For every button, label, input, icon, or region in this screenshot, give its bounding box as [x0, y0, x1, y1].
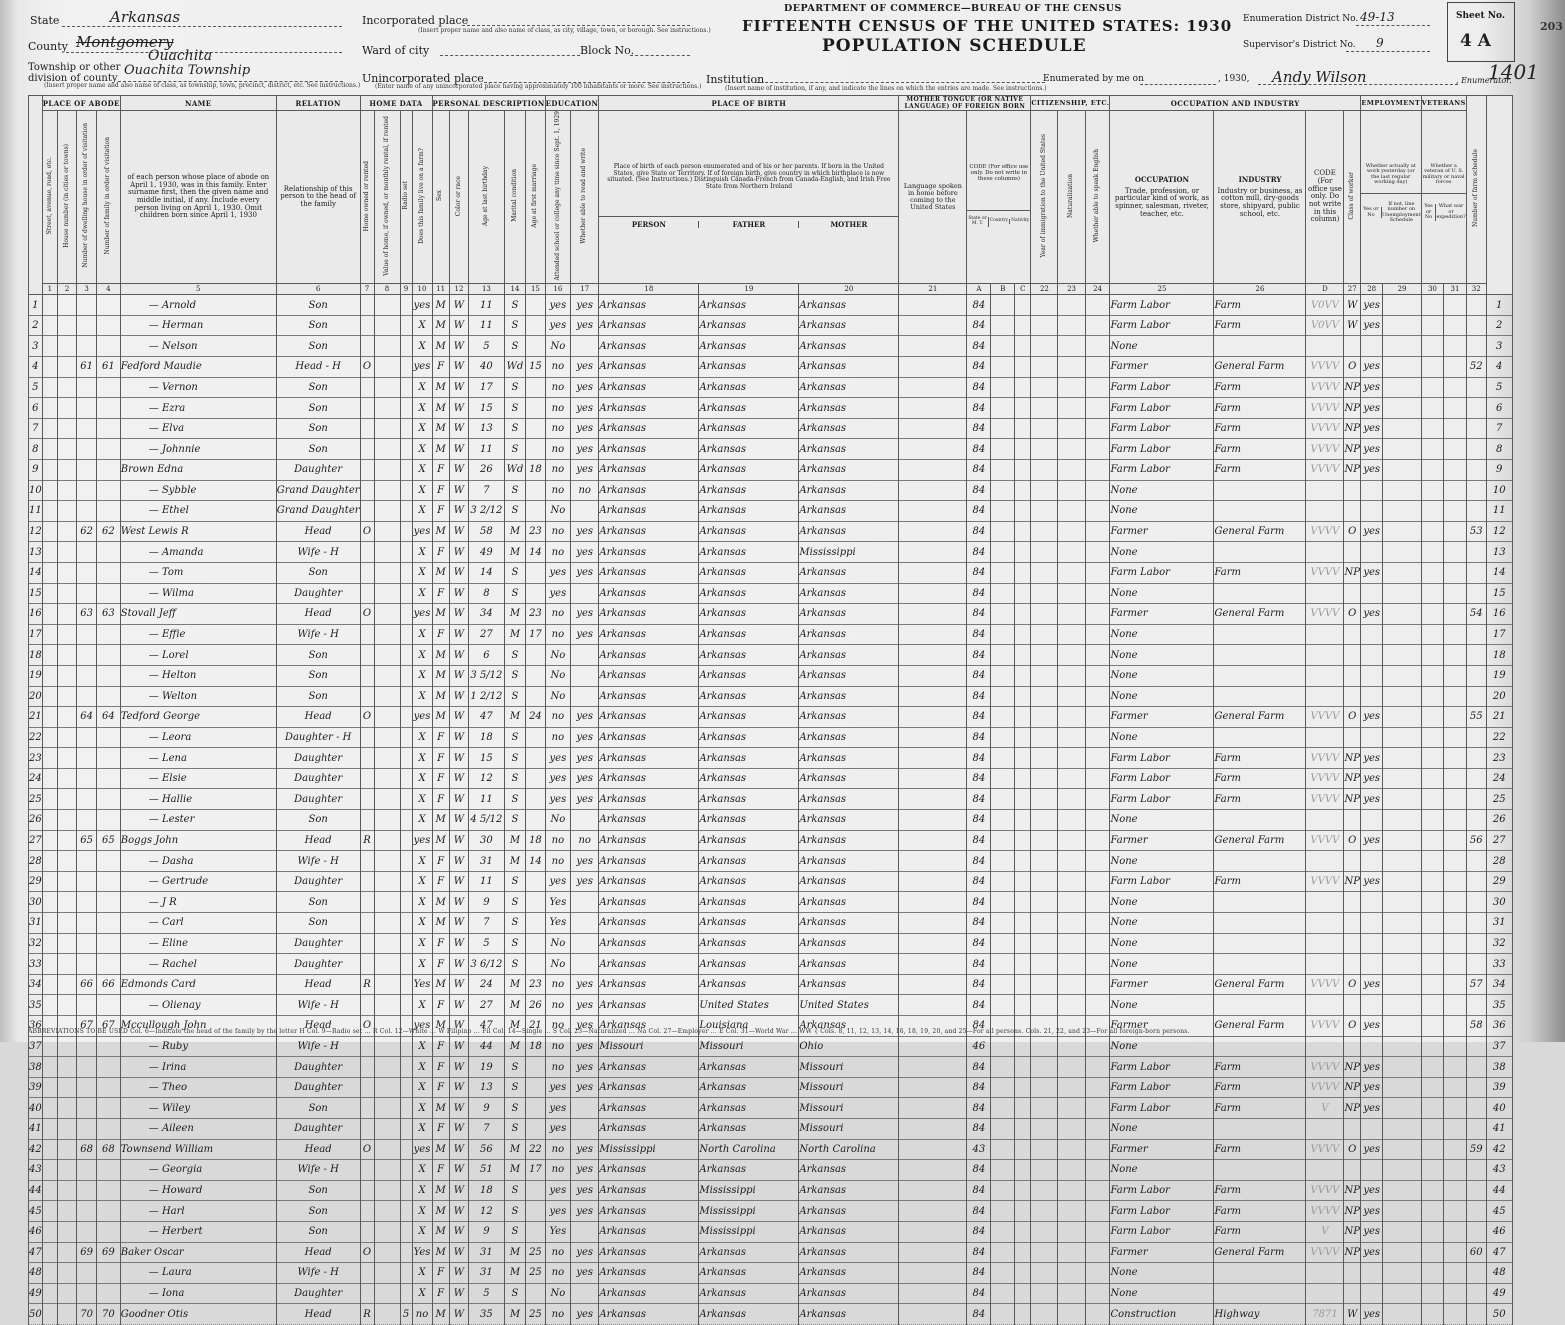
cell-relation: Daughter — [276, 768, 360, 789]
cell-relation: Head — [276, 830, 360, 851]
cell-father: Arkansas — [699, 645, 799, 666]
cell-immigration — [1031, 1036, 1058, 1042]
cell-class: NP — [1344, 768, 1360, 789]
cell-name: — Elsie — [120, 768, 276, 789]
page-number: 203 — [1540, 20, 1563, 33]
cell-house — [57, 830, 77, 851]
cell-school: no — [545, 377, 570, 398]
cell-war — [1444, 624, 1467, 645]
cell-age-marriage — [526, 398, 545, 419]
cell-age-marriage — [526, 295, 545, 316]
cell-birth: Arkansas — [599, 954, 699, 975]
cell-farm-sched: 52 — [1466, 357, 1486, 378]
cell-value — [374, 789, 400, 810]
cell-vet — [1421, 418, 1444, 439]
cell-school: yes — [545, 789, 570, 810]
table-row: 1— ArnoldSonyesMW11SyesyesArkansasArkans… — [29, 295, 1513, 316]
cell-nativity — [1015, 727, 1031, 748]
township-note: (Insert proper name and also name of cla… — [44, 82, 360, 89]
cell-vet — [1421, 974, 1444, 995]
cell-war — [1444, 830, 1467, 851]
sex-header: Sex — [432, 111, 449, 284]
cell-at-work — [1360, 995, 1382, 1016]
cell-owned — [360, 686, 374, 707]
cell-father: Arkansas — [699, 748, 799, 769]
cell-sex: F — [432, 768, 449, 789]
cell-read: yes — [571, 562, 599, 583]
cell-farm-sched — [1466, 583, 1486, 604]
tongue-group-header: MOTHER TONGUE (OR NATIVE LANGUAGE) OF FO… — [899, 96, 1031, 111]
cell-naturalization — [1058, 768, 1085, 789]
cell-code — [1306, 542, 1344, 563]
cell-at-work — [1360, 851, 1382, 872]
cell-father: Arkansas — [699, 810, 799, 831]
cell-read: yes — [571, 851, 599, 872]
cell-house — [57, 295, 77, 316]
table-row: 25— HallieDaughterXFW11SyesyesArkansasAr… — [29, 789, 1513, 810]
census-page: State Arkansas County Montgomery Ouachit… — [0, 0, 1565, 1042]
cell-mother: Arkansas — [799, 892, 899, 913]
cell-read: yes — [571, 871, 599, 892]
cell-owned — [360, 480, 374, 501]
cell-mother: Arkansas — [799, 521, 899, 542]
cell-language — [899, 583, 967, 604]
cell-value — [374, 871, 400, 892]
cell-marital: S — [504, 954, 526, 975]
cell-unemp-line — [1383, 501, 1421, 522]
cell-owned — [360, 336, 374, 357]
cell-house — [57, 459, 77, 480]
cell-country — [991, 851, 1015, 872]
line-number-right: 29 — [1486, 871, 1512, 892]
cell-birth: Arkansas — [599, 357, 699, 378]
cell-code: VVVV — [1306, 707, 1344, 728]
cell-war — [1444, 336, 1467, 357]
cell-english — [1085, 727, 1110, 748]
cell-code: VVVV — [1306, 418, 1344, 439]
cell-owned: R — [360, 830, 374, 851]
cell-vet — [1421, 459, 1444, 480]
cell-radio — [400, 377, 412, 398]
cell-naturalization — [1058, 562, 1085, 583]
cell-birth: Arkansas — [599, 645, 699, 666]
block-label: Block No. — [580, 44, 634, 57]
cell-country — [991, 871, 1015, 892]
cell-value — [374, 583, 400, 604]
cell-country — [991, 542, 1015, 563]
cell-mother: Arkansas — [799, 583, 899, 604]
column-number: 4 — [96, 284, 120, 295]
cell-radio — [400, 727, 412, 748]
cell-read — [571, 954, 599, 975]
cell-birth: Arkansas — [599, 913, 699, 934]
cell-house — [57, 336, 77, 357]
column-number: 12 — [449, 284, 468, 295]
cell-vet — [1421, 357, 1444, 378]
cell-birth: Arkansas — [599, 768, 699, 789]
cell-farm-sched — [1466, 562, 1486, 583]
cell-farm-sched — [1466, 686, 1486, 707]
cell-english — [1085, 933, 1110, 954]
enumerator-field: Andy Wilson — [1258, 73, 1458, 85]
table-row: 30— J RSonXMW9SYesArkansasArkansasArkans… — [29, 892, 1513, 913]
cell-school: No — [545, 665, 570, 686]
cell-naturalization — [1058, 810, 1085, 831]
cell-read — [571, 583, 599, 604]
cell-language — [899, 480, 967, 501]
cell-family: 62 — [96, 521, 120, 542]
cell-race: W — [449, 398, 468, 419]
cell-relation: Son — [276, 810, 360, 831]
cell-dwelling — [77, 954, 97, 975]
column-number: 20 — [799, 284, 899, 295]
cell-naturalization — [1058, 521, 1085, 542]
table-row: 46161Fedford MaudieHead - HOyesFW40Wd15n… — [29, 357, 1513, 378]
cell-english — [1085, 995, 1110, 1016]
cell-language — [899, 892, 967, 913]
farm-header: Does this family live on a farm? — [412, 111, 432, 284]
cell-occupation: Farm Labor — [1110, 459, 1214, 480]
cell-father: Arkansas — [699, 459, 799, 480]
cell-war — [1444, 913, 1467, 934]
cell-race: W — [449, 336, 468, 357]
cell-race: W — [449, 707, 468, 728]
cell-read — [571, 913, 599, 934]
cell-unemp-line — [1383, 645, 1421, 666]
cell-war — [1444, 974, 1467, 995]
cell-street — [42, 830, 57, 851]
cell-naturalization — [1058, 933, 1085, 954]
cell-mother: Arkansas — [799, 501, 899, 522]
cell-marital: S — [504, 562, 526, 583]
cell-farm-sched — [1466, 995, 1486, 1016]
cell-birth: Arkansas — [599, 562, 699, 583]
cell-age-marriage: 26 — [526, 995, 545, 1016]
cell-dwelling — [77, 789, 97, 810]
cell-age-marriage — [526, 933, 545, 954]
cell-at-work: yes — [1360, 604, 1382, 625]
cell-value — [374, 377, 400, 398]
cell-age-marriage: 24 — [526, 707, 545, 728]
line-number-right: 4 — [1486, 357, 1512, 378]
cell-naturalization — [1058, 707, 1085, 728]
cell-relation: Son — [276, 913, 360, 934]
cell-radio — [400, 439, 412, 460]
cell-street — [42, 418, 57, 439]
line-number: 10 — [29, 480, 43, 501]
cell-house — [57, 480, 77, 501]
cell-english — [1085, 645, 1110, 666]
cell-read: yes — [571, 542, 599, 563]
cell-name: — J R — [120, 892, 276, 913]
cell-farm-sched: 56 — [1466, 830, 1486, 851]
cell-relation: Head - H — [276, 357, 360, 378]
cell-nativity — [1015, 480, 1031, 501]
cell-father: Arkansas — [699, 480, 799, 501]
cell-immigration — [1031, 789, 1058, 810]
cell-nativity — [1015, 768, 1031, 789]
cell-age-marriage — [526, 645, 545, 666]
cell-family — [96, 1036, 120, 1042]
cell-vet — [1421, 748, 1444, 769]
cell-war — [1444, 933, 1467, 954]
cell-house — [57, 583, 77, 604]
cell-house — [57, 604, 77, 625]
cell-radio — [400, 810, 412, 831]
cell-read: yes — [571, 604, 599, 625]
cell-vet — [1421, 851, 1444, 872]
cell-marital: M — [504, 624, 526, 645]
cell-class — [1344, 851, 1360, 872]
cell-naturalization — [1058, 830, 1085, 851]
cell-vet — [1421, 830, 1444, 851]
cell-occupation: Farmer — [1110, 521, 1214, 542]
cell-birth: Arkansas — [599, 727, 699, 748]
cell-english — [1085, 398, 1110, 419]
cell-unemp-line — [1383, 480, 1421, 501]
cell-class — [1344, 727, 1360, 748]
cell-marital: M — [504, 851, 526, 872]
line-number-right: 24 — [1486, 768, 1512, 789]
cell-immigration — [1031, 645, 1058, 666]
sd-value: 9 — [1376, 36, 1384, 50]
cell-country — [991, 913, 1015, 934]
cell-code: VVVV — [1306, 521, 1344, 542]
line-number-right: 32 — [1486, 933, 1512, 954]
cell-mother: Arkansas — [799, 604, 899, 625]
cell-mother: Arkansas — [799, 810, 899, 831]
cell-unemp-line — [1383, 439, 1421, 460]
cell-mother: United States — [799, 995, 899, 1016]
cell-vet — [1421, 768, 1444, 789]
cell-war — [1444, 789, 1467, 810]
cell-age-marriage — [526, 562, 545, 583]
cell-immigration — [1031, 398, 1058, 419]
cell-name: — Helton — [120, 665, 276, 686]
cell-name: Tedford George — [120, 707, 276, 728]
cell-vet — [1421, 707, 1444, 728]
table-row: 17— EffieWife - HXFW27M17noyesArkansasAr… — [29, 624, 1513, 645]
cell-house — [57, 398, 77, 419]
cell-vet — [1421, 933, 1444, 954]
cell-family — [96, 501, 120, 522]
english-header: Whether able to speak English — [1085, 111, 1110, 284]
cell-unemp-line — [1383, 336, 1421, 357]
cell-radio — [400, 892, 412, 913]
cell-state-code: 84 — [967, 315, 991, 336]
cell-birth: Arkansas — [599, 439, 699, 460]
cell-owned — [360, 768, 374, 789]
line-number-right: 10 — [1486, 480, 1512, 501]
column-number: 8 — [374, 284, 400, 295]
cell-vet — [1421, 810, 1444, 831]
cell-value — [374, 398, 400, 419]
cell-read: yes — [571, 748, 599, 769]
cell-street — [42, 789, 57, 810]
cell-father: Arkansas — [699, 727, 799, 748]
cell-read: yes — [571, 459, 599, 480]
column-number: 13 — [469, 284, 505, 295]
cell-father: Arkansas — [699, 418, 799, 439]
cell-war — [1444, 604, 1467, 625]
cell-english — [1085, 377, 1110, 398]
column-number: A — [967, 284, 991, 295]
cell-immigration — [1031, 892, 1058, 913]
cell-school: no — [545, 830, 570, 851]
cell-at-work — [1360, 913, 1382, 934]
cell-marital: S — [504, 315, 526, 336]
cell-farm: X — [412, 727, 432, 748]
cell-immigration — [1031, 665, 1058, 686]
cell-race: W — [449, 686, 468, 707]
cell-mother: Arkansas — [799, 357, 899, 378]
cell-language — [899, 459, 967, 480]
column-number: 30 — [1421, 284, 1444, 295]
cell-farm: Yes — [412, 974, 432, 995]
cell-state-code: 84 — [967, 954, 991, 975]
cell-class — [1344, 583, 1360, 604]
cell-name: Stovall Jeff — [120, 604, 276, 625]
cell-owned — [360, 459, 374, 480]
cell-farm-sched — [1466, 439, 1486, 460]
cell-occupation: Farmer — [1110, 830, 1214, 851]
cell-code: V0VV — [1306, 315, 1344, 336]
cell-language — [899, 913, 967, 934]
cell-father: Arkansas — [699, 439, 799, 460]
cell-code — [1306, 645, 1344, 666]
cell-farm-sched — [1466, 665, 1486, 686]
column-number: 31 — [1444, 284, 1467, 295]
cell-father: Arkansas — [699, 562, 799, 583]
line-number: 12 — [29, 521, 43, 542]
sd-label: Supervisor's District No. — [1243, 40, 1356, 50]
cell-code — [1306, 624, 1344, 645]
cell-age: 13 — [469, 418, 505, 439]
line-number: 21 — [29, 707, 43, 728]
cell-industry: Farm — [1214, 295, 1306, 316]
column-number: D — [1306, 284, 1344, 295]
cell-dwelling — [77, 645, 97, 666]
cell-farm-sched — [1466, 501, 1486, 522]
cell-country — [991, 892, 1015, 913]
cell-unemp-line — [1383, 357, 1421, 378]
cell-code — [1306, 480, 1344, 501]
occupation-group-header: OCCUPATION AND INDUSTRY — [1110, 96, 1360, 111]
state-value: Arkansas — [110, 8, 180, 26]
cell-nativity — [1015, 439, 1031, 460]
cell-farm-sched — [1466, 624, 1486, 645]
stamp-number: 1401 — [1488, 60, 1539, 84]
cell-mother: Arkansas — [799, 686, 899, 707]
cell-age-marriage — [526, 892, 545, 913]
block-field — [630, 43, 690, 56]
cell-state-code: 84 — [967, 583, 991, 604]
cell-marital: S — [504, 789, 526, 810]
cell-sex: M — [432, 398, 449, 419]
cell-industry: General Farm — [1214, 521, 1306, 542]
cell-race: W — [449, 851, 468, 872]
cell-farm-sched — [1466, 315, 1486, 336]
cell-country — [991, 377, 1015, 398]
cell-farm: X — [412, 810, 432, 831]
cell-street — [42, 954, 57, 975]
cell-occupation: None — [1110, 686, 1214, 707]
cell-farm: X — [412, 480, 432, 501]
cell-radio — [400, 665, 412, 686]
cell-at-work: yes — [1360, 295, 1382, 316]
cell-farm-sched — [1466, 913, 1486, 934]
birth-description: Place of birth of each person enumerated… — [599, 162, 898, 216]
cell-at-work: yes — [1360, 707, 1382, 728]
line-number: 14 — [29, 562, 43, 583]
cell-country — [991, 459, 1015, 480]
line-number: 26 — [29, 810, 43, 831]
cell-unemp-line — [1383, 459, 1421, 480]
cell-read: yes — [571, 624, 599, 645]
cell-name: — Amanda — [120, 542, 276, 563]
cell-age: 47 — [469, 707, 505, 728]
cell-dwelling — [77, 871, 97, 892]
line-number: 20 — [29, 686, 43, 707]
table-row: 13— AmandaWife - HXFW49M14noyesArkansasA… — [29, 542, 1513, 563]
cell-industry: Farm — [1214, 748, 1306, 769]
column-number: 7 — [360, 284, 374, 295]
cell-state-code: 84 — [967, 871, 991, 892]
cell-marital: S — [504, 810, 526, 831]
cell-vet — [1421, 913, 1444, 934]
cell-read — [571, 892, 599, 913]
cell-marital: M — [504, 1036, 526, 1042]
cell-naturalization — [1058, 439, 1085, 460]
cell-value — [374, 665, 400, 686]
table-row: 28— DashaWife - HXFW31M14noyesArkansasAr… — [29, 851, 1513, 872]
table-row: 126262West Lewis RHeadOyesMW58M23noyesAr… — [29, 521, 1513, 542]
cell-unemp-line — [1383, 377, 1421, 398]
cell-industry — [1214, 624, 1306, 645]
cell-state-code: 84 — [967, 974, 991, 995]
cell-value — [374, 954, 400, 975]
cell-nativity — [1015, 583, 1031, 604]
cell-at-work — [1360, 810, 1382, 831]
cell-name: — Effie — [120, 624, 276, 645]
cell-class: NP — [1344, 398, 1360, 419]
cell-age: 15 — [469, 398, 505, 419]
cell-name: — Welton — [120, 686, 276, 707]
cell-unemp-line — [1383, 748, 1421, 769]
cell-code: VVVV — [1306, 830, 1344, 851]
cell-code: VVVV — [1306, 377, 1344, 398]
line-number-right: 8 — [1486, 439, 1512, 460]
cell-name: — Carl — [120, 913, 276, 934]
cell-state-code: 84 — [967, 727, 991, 748]
cell-farm: X — [412, 913, 432, 934]
cell-at-work: yes — [1360, 830, 1382, 851]
cell-nativity — [1015, 645, 1031, 666]
cell-family — [96, 295, 120, 316]
cell-marital: S — [504, 913, 526, 934]
cell-radio — [400, 480, 412, 501]
cell-country — [991, 439, 1015, 460]
cell-school: yes — [545, 562, 570, 583]
table-row: 6— EzraSonXMW15SnoyesArkansasArkansasArk… — [29, 398, 1513, 419]
cell-occupation: None — [1110, 336, 1214, 357]
cell-industry — [1214, 583, 1306, 604]
cell-family — [96, 377, 120, 398]
cell-state-code: 84 — [967, 789, 991, 810]
cell-country — [991, 810, 1015, 831]
line-number-right: 34 — [1486, 974, 1512, 995]
cell-farm-sched — [1466, 542, 1486, 563]
